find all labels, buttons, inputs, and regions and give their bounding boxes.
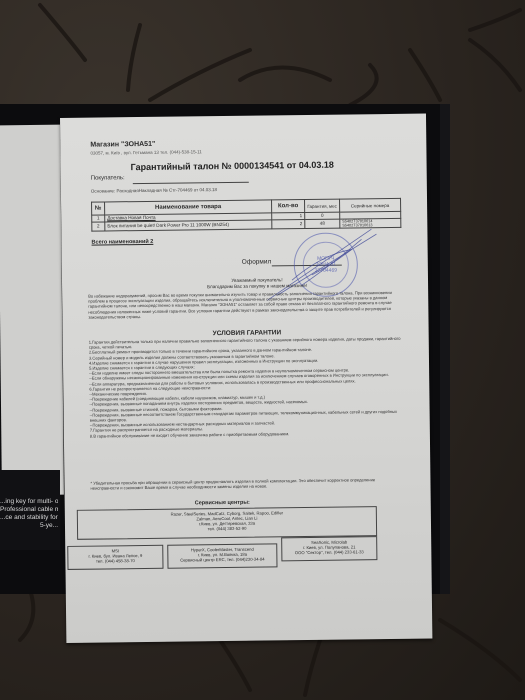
- box-text-line: 5-ye...: [0, 522, 58, 530]
- shop-address: 03057, м. Київ , вул. Гетьмана 13 тел. (…: [90, 149, 201, 155]
- thanks-message: Уважаемый покупатель! Благодарим Вас за …: [162, 276, 352, 289]
- service-line: ООО "Сектор", тел. (044) 233-61-33: [282, 549, 376, 555]
- conditions-title: УСЛОВИЯ ГАРАНТИИ: [213, 329, 282, 337]
- service-center-erc: HyperX, CoolerMaster, Transcend г. Киев,…: [167, 543, 277, 568]
- total-items: Всего наименований 2: [91, 239, 153, 246]
- row-name: Блок питания be quiet! Dark Power Pro 11…: [105, 220, 272, 231]
- warranty-card: Магазин "ЗОНА51" 03057, м. Київ , вул. Г…: [60, 114, 432, 643]
- basis-line: Основание: РасходнаяНакладная № Стг-7044…: [91, 187, 217, 194]
- service-centers-title: Сервисные центры:: [195, 500, 250, 507]
- row-num: 2: [92, 222, 105, 231]
- document-title: Гарантийный талон № 0000134541 от 04.03.…: [131, 160, 334, 172]
- conditions-list: 1.Гарантия действительна только при нали…: [89, 336, 410, 439]
- col-serials: Серийные номера: [340, 198, 401, 212]
- box-text-line: ...ing key for multi- or sli...: [0, 498, 58, 506]
- shop-name: Магазин "ЗОНА51": [90, 141, 155, 149]
- box-text-line: Professional cable m...: [0, 506, 58, 514]
- service-line: Сервисный центр ERC, тел. (044)230-34-84: [168, 556, 276, 562]
- intro-paragraph: Во избежание недоразумений, просим Вас в…: [88, 290, 408, 320]
- note-paragraph: * Убедительная просьба при обращении в с…: [90, 477, 390, 491]
- under-paper: [0, 125, 64, 496]
- col-qty: Кол-во: [272, 200, 305, 213]
- buyer-field: [133, 182, 249, 184]
- buyer-label: Покупатель:: [91, 175, 125, 181]
- service-center-msi: MSI г. Киев, бул. Ивана Лепсе, 9 тел. (0…: [67, 545, 163, 570]
- col-warranty: Гарантия, мес: [305, 199, 340, 212]
- box-text-line: ...ce and stability for C...: [0, 514, 58, 522]
- col-num: №: [92, 202, 105, 215]
- service-center-sector: SeaSonic, Microlab г. Киев, ул. Полупано…: [281, 536, 377, 561]
- service-line: тел. (044) 458-38-70: [68, 558, 162, 564]
- service-center-main: Razer, SteelSeries, MadCatz, Cyborg, Sai…: [77, 506, 377, 540]
- box-printed-text: ...ing key for multi- or sli... Professi…: [0, 498, 58, 530]
